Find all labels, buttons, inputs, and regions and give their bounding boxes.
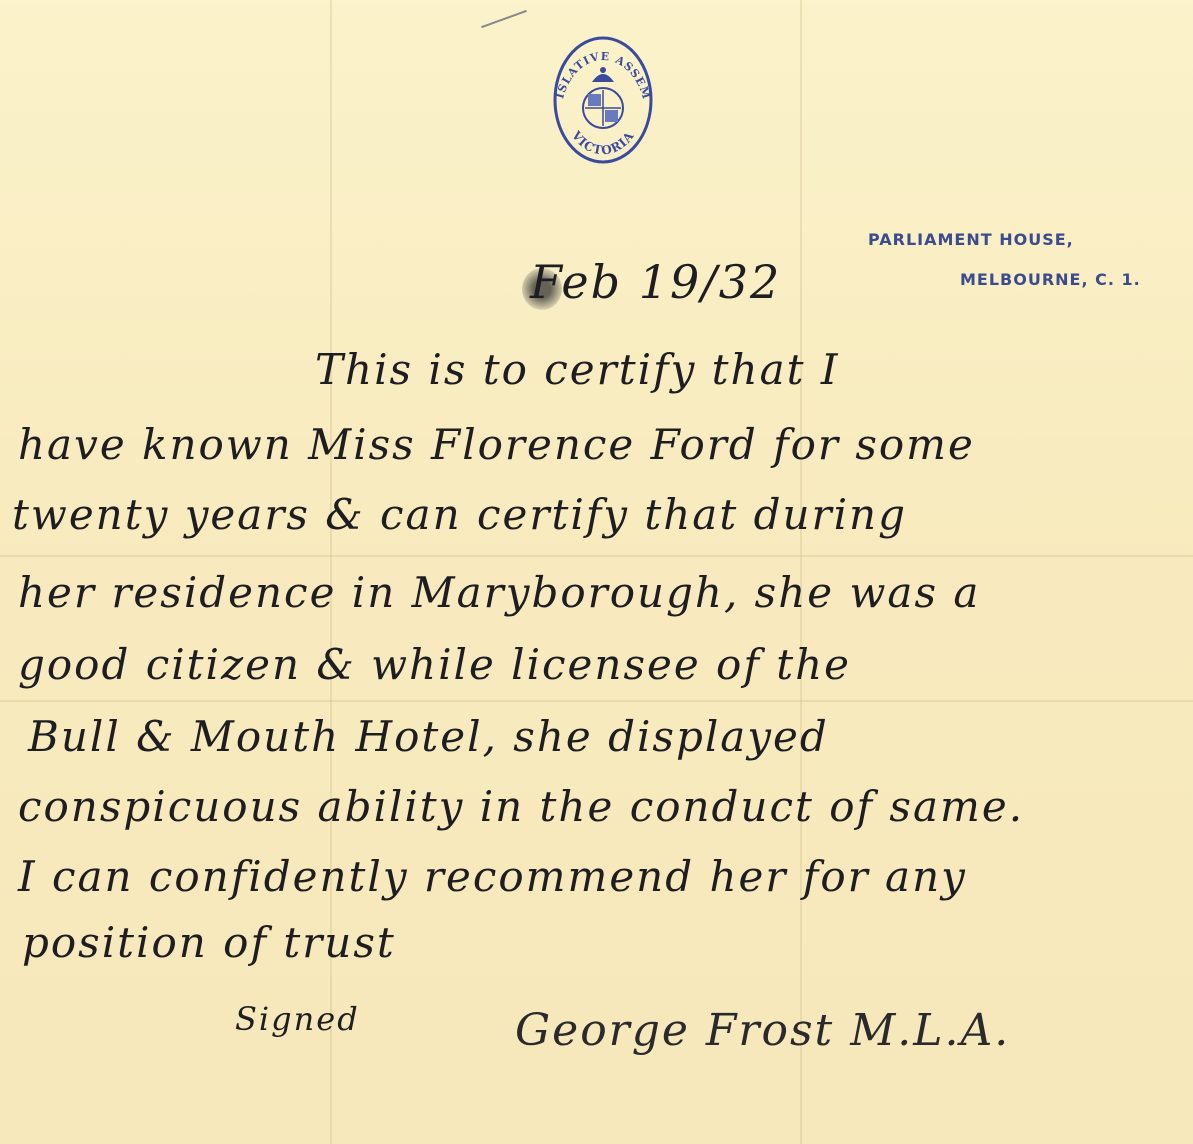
pencil-mark [481, 10, 527, 28]
letter-date: Feb 19/32 [530, 255, 781, 309]
fold-line [0, 700, 1193, 702]
signed-label: Signed [235, 1000, 360, 1038]
body-line: Bull & Mouth Hotel, she displayed [28, 712, 829, 761]
address-line-2: MELBOURNE, C. 1. [960, 270, 1141, 289]
body-line: her residence in Maryborough, she was a [18, 568, 980, 617]
address-line-1: PARLIAMENT HOUSE, [868, 230, 1074, 249]
body-line: twenty years & can certify that during [12, 490, 907, 539]
body-line: have known Miss Florence Ford for some [18, 420, 975, 469]
body-line: This is to certify that I [315, 345, 839, 394]
signature: George Frost M.L.A. [515, 1005, 1010, 1056]
body-line: I can confidently recommend her for any [18, 852, 967, 901]
legislative-assembly-seal-icon: LEGISLATIVE ASSEMBLY VICTORIA [548, 32, 658, 168]
body-line: position of trust [22, 918, 396, 967]
body-line: good citizen & while licensee of the [18, 640, 851, 689]
fold-line [0, 555, 1193, 557]
letter-page: LEGISLATIVE ASSEMBLY VICTORIA PARLIAMENT… [0, 0, 1193, 1144]
body-line: conspicuous ability in the conduct of sa… [18, 782, 1024, 831]
